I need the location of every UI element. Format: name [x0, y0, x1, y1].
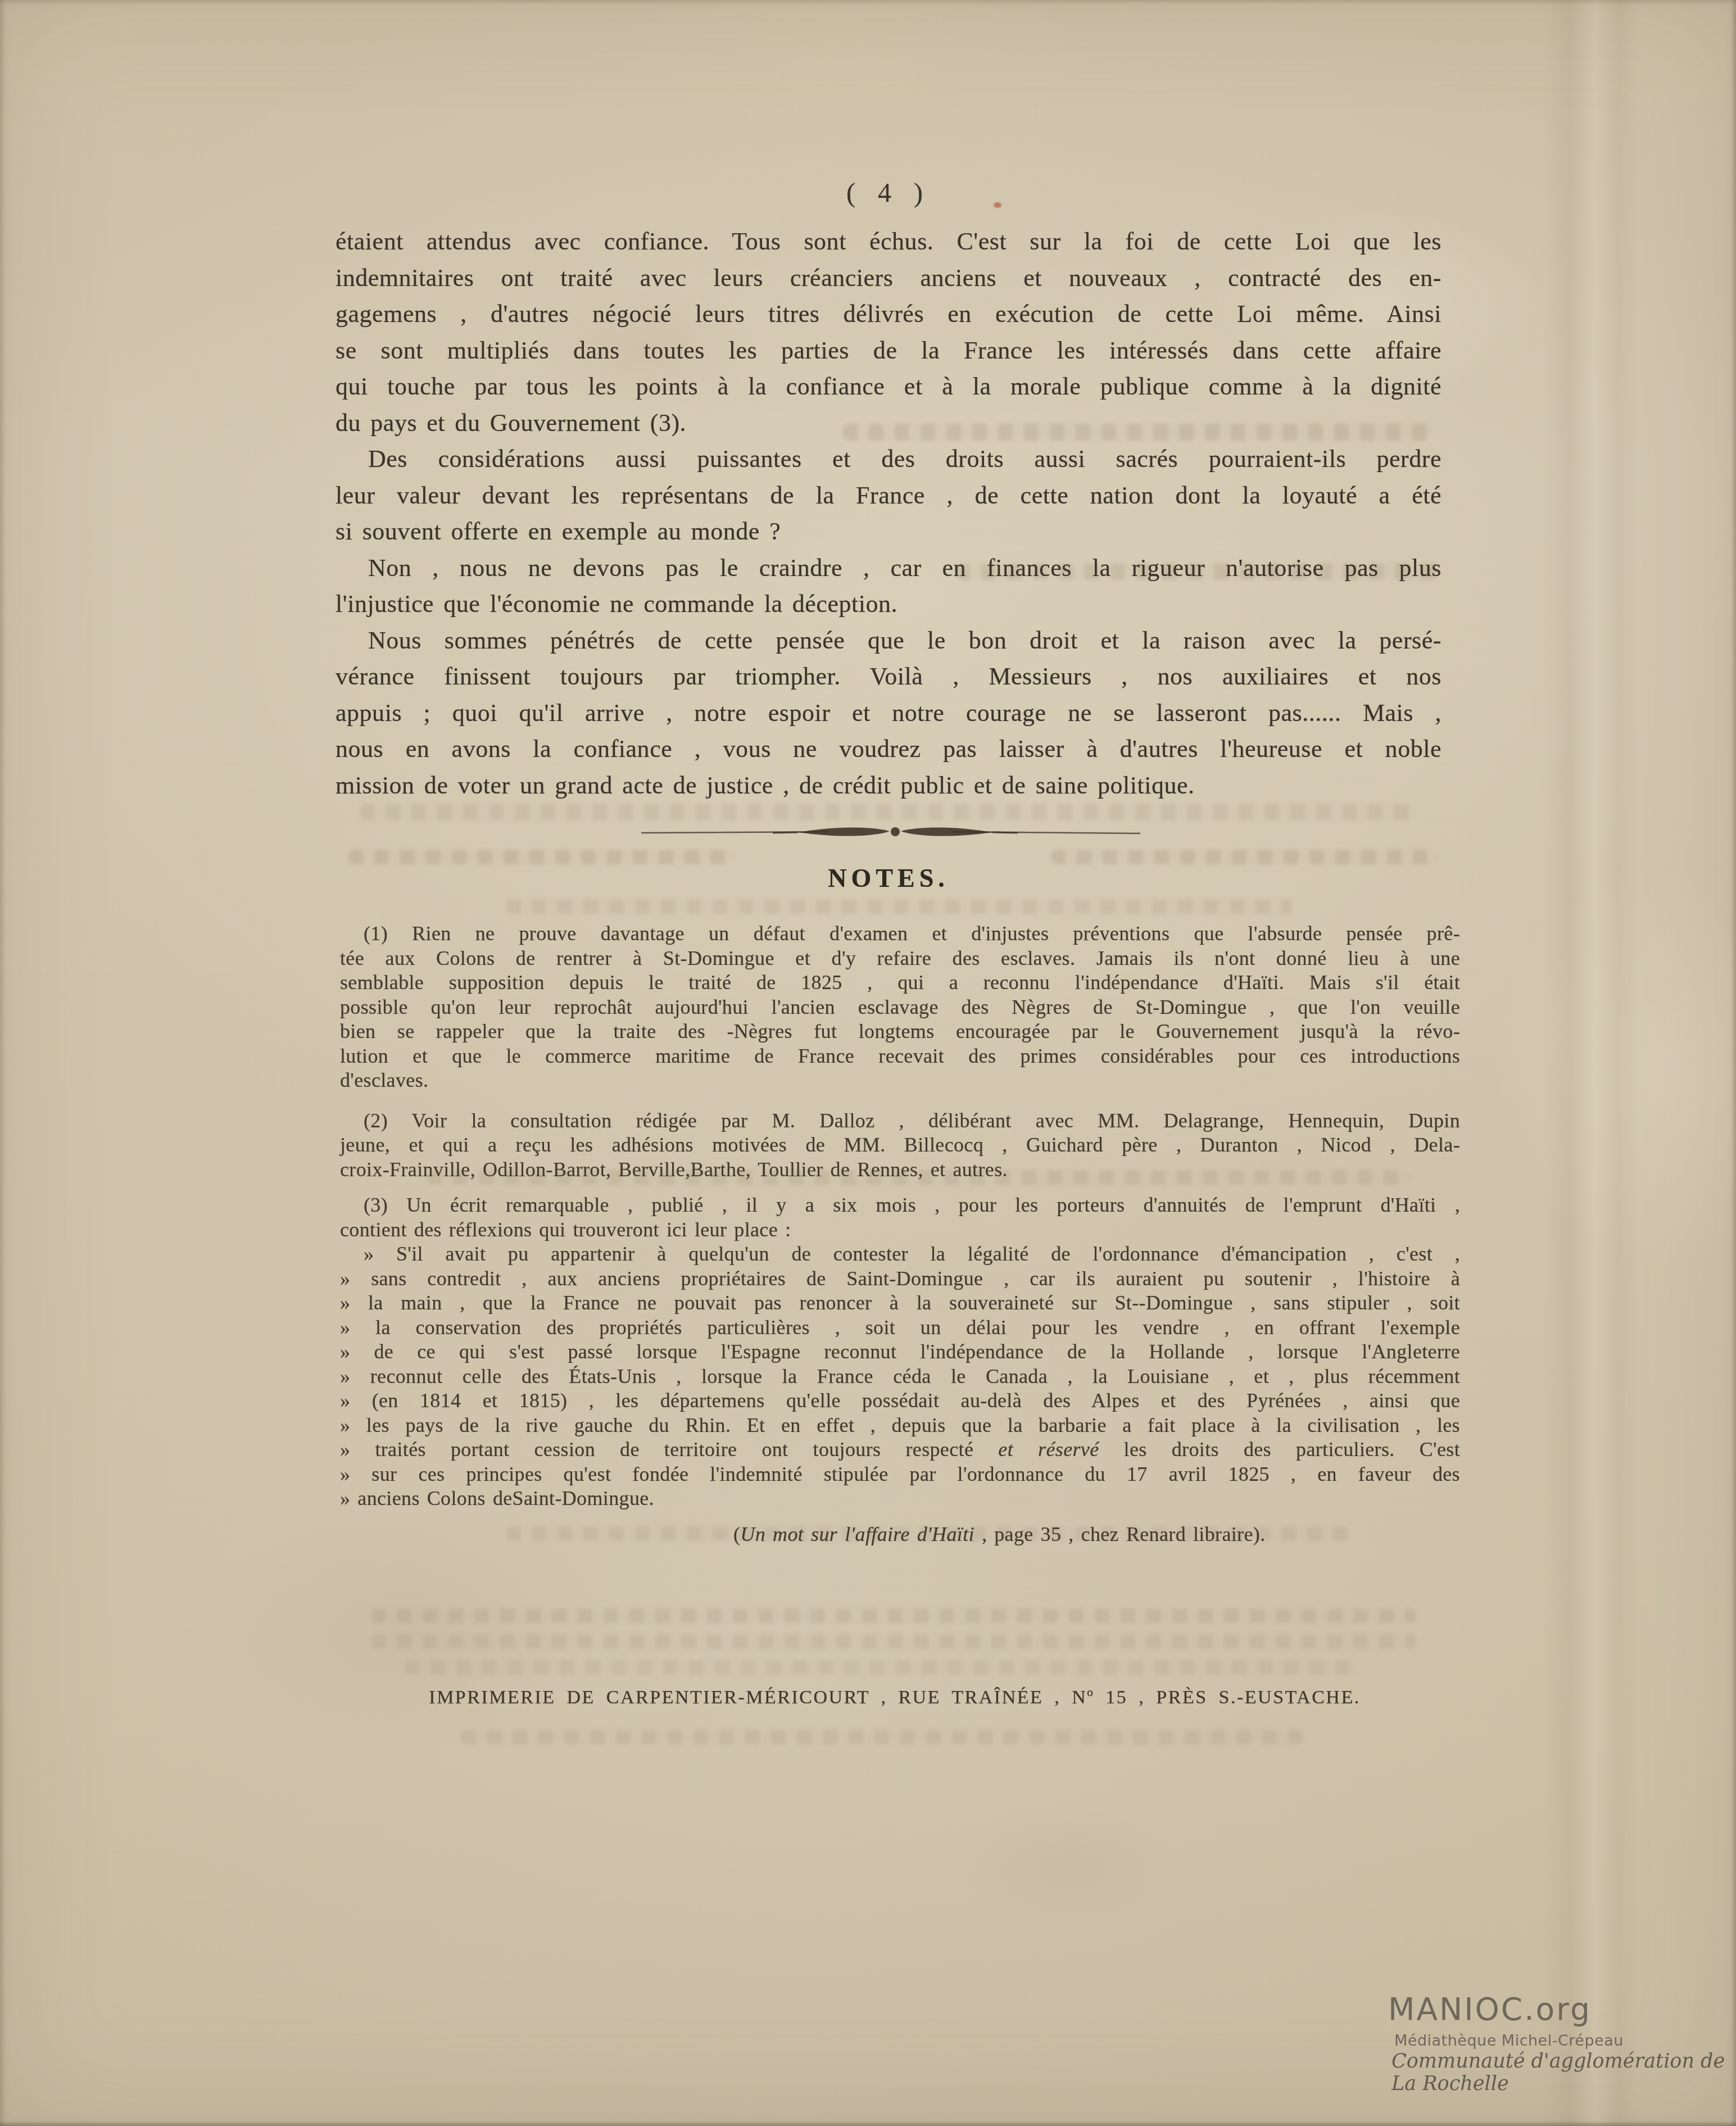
- footnote-line: possible qu'on leur reprochât aujourd'hu…: [340, 995, 1460, 1020]
- scanned-document-page: ( 4 ) étaient attendus avec confiance. T…: [0, 0, 1736, 2126]
- quote-line: » la conservation des propriétés particu…: [340, 1316, 1460, 1340]
- text-line: nous en avons la confiance , vous ne vou…: [336, 731, 1442, 768]
- quote-line: » S'il avait pu appartenir à quelqu'un d…: [340, 1242, 1460, 1267]
- bleedthrough-text: [348, 850, 736, 864]
- text-line: Nous sommes pénétrés de cette pensée que…: [336, 623, 1442, 659]
- text-line: appuis ; quoi qu'il arrive , notre espoi…: [336, 695, 1442, 732]
- bleedthrough-text: [371, 1608, 1416, 1623]
- manioc-watermark-community-line: Communauté d'agglomération de La Rochell…: [1391, 2050, 1736, 2095]
- quote-line: » (en 1814 et 1815) , les départemens qu…: [340, 1389, 1460, 1413]
- text-line: vérance finissent toujours par triompher…: [336, 659, 1442, 695]
- text-line: l'injustice que l'économie ne commande l…: [336, 586, 1442, 623]
- paper-fold-shading: [1543, 0, 1638, 2126]
- quote-segment: » traités portant cession de territoire …: [340, 1438, 998, 1461]
- page-number: ( 4 ): [336, 178, 1442, 208]
- scan-edge-top: [0, 0, 1736, 4]
- footnote-line: jeune, et qui a reçu les adhésions motiv…: [340, 1133, 1460, 1158]
- quote-line: » sur ces principes qu'est fondée l'inde…: [340, 1462, 1460, 1487]
- text-line: gagemens , d'autres négocié leurs titres…: [336, 296, 1442, 333]
- text-line: si souvent offerte en exemple au monde ?: [336, 514, 1442, 550]
- scan-edge-left: [0, 0, 6, 2126]
- printer-imprint-line: IMPRIMERIE DE CARPENTIER-MÉRICOURT , RUE…: [336, 1687, 1454, 1708]
- notes-heading: NOTES.: [336, 863, 1442, 893]
- footnote-line: tée aux Colons de rentrer à St-Domingue …: [340, 946, 1460, 971]
- quote-segment: les droits des particuliers. C'est: [1099, 1438, 1460, 1461]
- manioc-watermark-library-line: Médiathèque Michel-Crépeau: [1394, 2032, 1624, 2050]
- footnote-line: lution et que le commerce maritime de Fr…: [340, 1044, 1460, 1069]
- footnote-line: bien se rappeler que la traite des -Nègr…: [340, 1019, 1460, 1044]
- text-line: indemnitaires ont traité avec leurs créa…: [336, 260, 1442, 297]
- scan-edge-bottom: [0, 2121, 1736, 2126]
- bleedthrough-text: [461, 1730, 1304, 1744]
- footnote-line: (2) Voir la consultation rédigée par M. …: [340, 1109, 1460, 1134]
- bleedthrough-text: [1051, 850, 1439, 864]
- attribution-title: Un mot sur l'affaire d'Haïti: [740, 1523, 974, 1545]
- quote-segment-italic: et réservé: [998, 1438, 1099, 1461]
- divider-ornament-graphic: [638, 822, 1144, 842]
- text-line: mission de voter un grand acte de justic…: [336, 768, 1442, 804]
- quote-line: » reconnut celle des États-Unis , lorsqu…: [340, 1365, 1460, 1389]
- manioc-watermark-logo: MANIOC.org: [1388, 1991, 1592, 2027]
- bleedthrough-text: [506, 899, 1293, 914]
- footnote-line: (3) Un écrit remarquable , publié , il y…: [340, 1193, 1460, 1218]
- quote-line: » la main , que la France ne pouvait pas…: [340, 1291, 1460, 1316]
- notes-block: (1) Rien ne prouve davantage un défaut d…: [340, 922, 1460, 1549]
- text-line: qui touche par tous les points à la conf…: [336, 369, 1442, 405]
- text-line: Des considérations aussi puissantes et d…: [336, 441, 1442, 478]
- quote-line: » les pays de la rive gauche du Rhin. Et…: [340, 1413, 1460, 1438]
- bleedthrough-text: [405, 1660, 1360, 1675]
- quote-line: » de ce qui s'est passé lorsque l'Espagn…: [340, 1340, 1460, 1365]
- scan-edge-right: [1731, 0, 1736, 2126]
- text-line: du pays et du Gouvernement (3).: [336, 405, 1442, 442]
- footnote-line: semblable supposition depuis le traité d…: [340, 971, 1460, 995]
- quote-attribution: (Un mot sur l'affaire d'Haïti , page 35 …: [340, 1522, 1460, 1549]
- text-line: Non , nous ne devons pas le craindre , c…: [336, 550, 1442, 587]
- quote-line: » sans contredit , aux anciens propriéta…: [340, 1267, 1460, 1291]
- attribution-rest: , page 35 , chez Renard libraire).: [974, 1523, 1266, 1545]
- attribution-paren: (: [733, 1523, 740, 1545]
- quote-line: » anciens Colons deSaint-Domingue.: [340, 1486, 1460, 1511]
- footnote-line: croix-Frainville, Odillon-Barrot, Bervil…: [340, 1158, 1460, 1182]
- text-line: étaient attendus avec confiance. Tous so…: [336, 224, 1442, 260]
- bleedthrough-text: [371, 1634, 1416, 1649]
- footnote-line: contient des réflexions qui trouveront i…: [340, 1218, 1460, 1243]
- footnote-line: d'esclaves.: [340, 1068, 1460, 1093]
- main-text-block: étaient attendus avec confiance. Tous so…: [336, 224, 1442, 804]
- text-line: se sont multipliés dans toutes les parti…: [336, 333, 1442, 369]
- quote-line: » traités portant cession de territoire …: [340, 1438, 1460, 1462]
- ornamental-divider: [638, 822, 1144, 842]
- bleedthrough-text: [360, 804, 1416, 821]
- footnote-line: (1) Rien ne prouve davantage un défaut d…: [340, 922, 1460, 946]
- text-line: leur valeur devant les représentans de l…: [336, 478, 1442, 514]
